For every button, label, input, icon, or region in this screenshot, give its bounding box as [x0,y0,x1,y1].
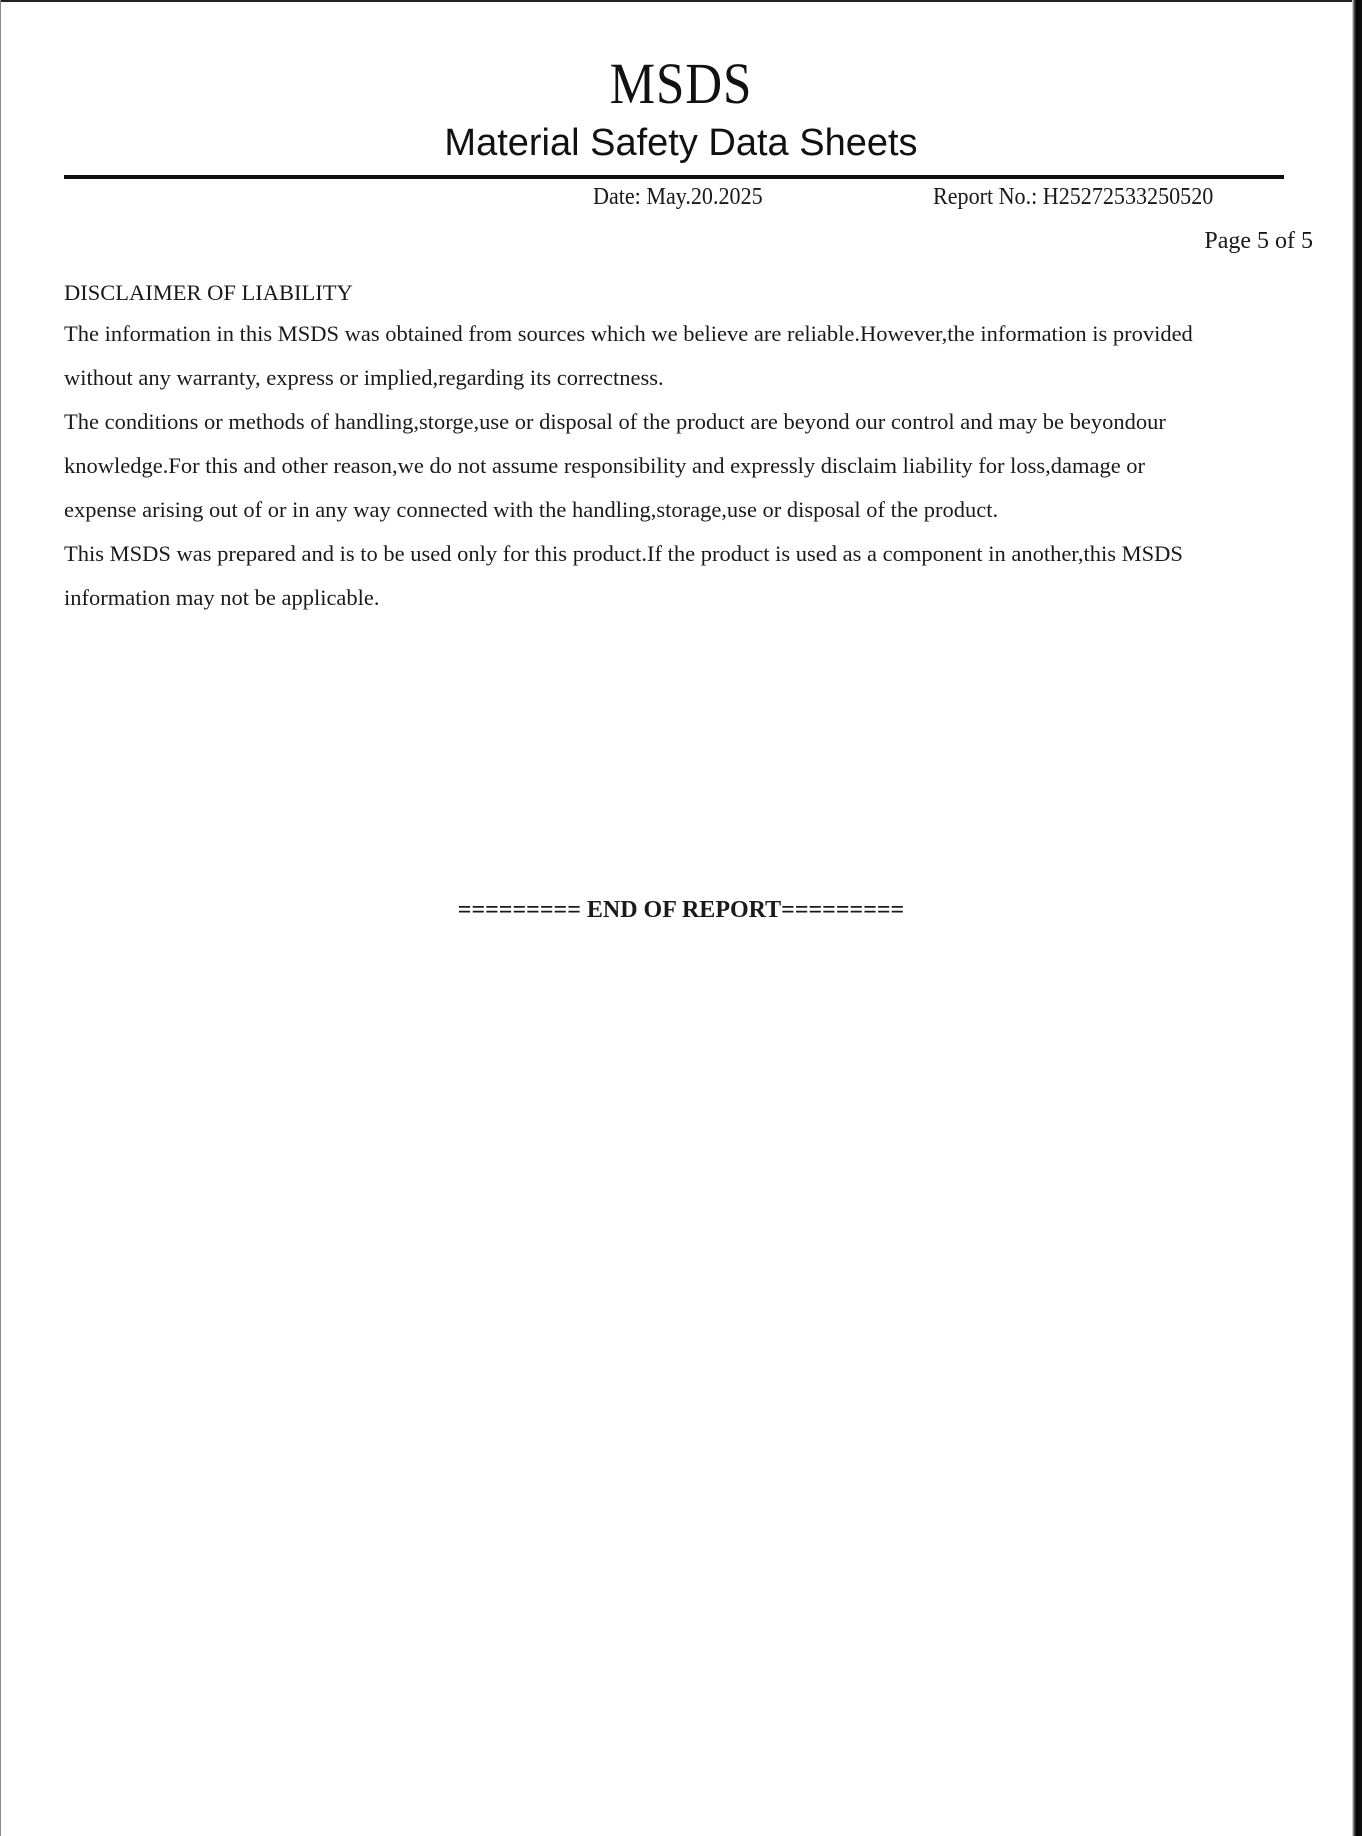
document-title: MSDS [82,52,1281,116]
report-number: Report No.: H25272533250520 [933,182,1213,212]
disclaimer-body: The information in this MSDS was obtaine… [64,312,1354,620]
paragraph-line: This MSDS was prepared and is to be used… [64,532,1354,576]
document-subtitle: Material Safety Data Sheets [0,121,1362,165]
paragraph-line: The conditions or methods of handling,st… [64,400,1354,444]
page-border-top [0,0,1362,2]
paragraph-line: knowledge.For this and other reason,we d… [64,444,1354,488]
paragraph-line: expense arising out of or in any way con… [64,488,1354,532]
header-divider [64,175,1284,179]
page-number: Page 5 of 5 [1204,226,1313,256]
disclaimer-paragraph: The conditions or methods of handling,st… [64,400,1354,532]
disclaimer-heading: DISCLAIMER OF LIABILITY [64,278,1354,308]
report-date: Date: May.20.2025 [593,182,763,212]
paragraph-line: without any warranty, express or implied… [64,356,1354,400]
paragraph-line: information may not be applicable. [64,576,1354,620]
disclaimer-section: DISCLAIMER OF LIABILITY The information … [64,278,1354,620]
disclaimer-paragraph: The information in this MSDS was obtaine… [64,312,1354,400]
end-of-report-marker: ========= END OF REPORT========= [0,895,1362,925]
disclaimer-paragraph: This MSDS was prepared and is to be used… [64,532,1354,620]
paragraph-line: The information in this MSDS was obtaine… [64,312,1354,356]
